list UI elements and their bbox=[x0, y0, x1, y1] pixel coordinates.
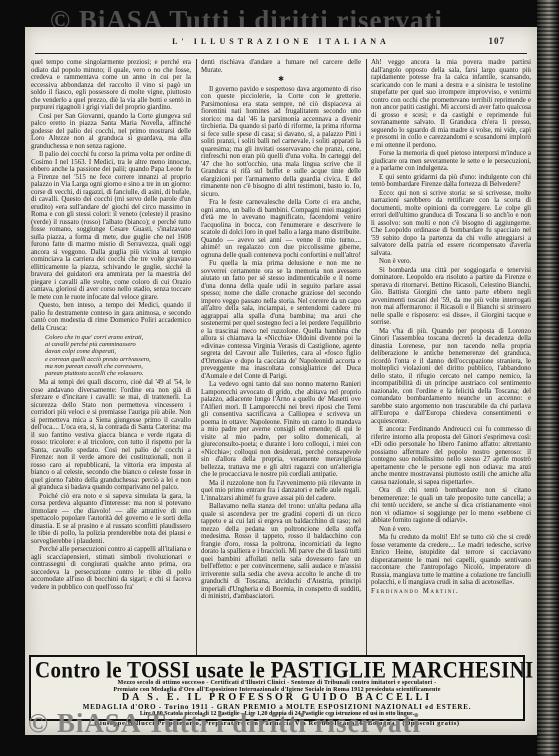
article-column-1: quel tempo come singolarmente preziosi; … bbox=[31, 59, 191, 657]
paragraph: Così per San Giovanni, quando la Corte g… bbox=[31, 113, 191, 151]
paragraph: Non è vero. bbox=[371, 526, 531, 534]
paragraph: Il palio dei cocchi fu corso la prima vo… bbox=[31, 151, 191, 301]
advertisement-pastiglie-marchesini: Contro le TOSSI usate le PASTIGLIE MARCH… bbox=[29, 655, 525, 721]
paragraph: Si bombarda una città per soggiogarla e … bbox=[371, 267, 531, 327]
paragraph: Ecco: qui non si scrive storia: se si sc… bbox=[371, 190, 531, 258]
paragraph: Non è vero. bbox=[371, 258, 531, 266]
article-column-3: Ah! veggo ancora la mia povera madre par… bbox=[371, 59, 531, 657]
paragraph: denti rischiava d'andare a fumare nel ca… bbox=[201, 59, 361, 74]
paragraph: Forse la memoria di quel pietoso interpo… bbox=[371, 150, 531, 173]
paragraph: Fu quella la mia prima delusione e non m… bbox=[201, 260, 361, 380]
magazine-page: L' ILLUSTRAZIONE ITALIANA 107 quel tempo… bbox=[25, 27, 537, 735]
paragraph: Ma ai tempi dei quali discorro, cioè dal… bbox=[31, 379, 191, 492]
paragraph: Questo, ben inteso, a tempo dei Medici, … bbox=[31, 302, 191, 332]
article-column-2: denti rischiava d'andare a fumare nel ca… bbox=[201, 59, 361, 657]
author-signature: Ferdinando Martini. bbox=[371, 588, 531, 596]
header-rule bbox=[35, 53, 527, 54]
book-edge-texture bbox=[537, 0, 559, 756]
article-body: quel tempo come singolarmente preziosi; … bbox=[31, 59, 531, 657]
paragraph: Poiché ciò era noto e si sapeva simulata… bbox=[31, 493, 191, 546]
verse-quotation: Coloro che in que' corri erano entrati, … bbox=[45, 334, 191, 377]
paragraph: Il governo pavido e sospettoso dava argo… bbox=[201, 86, 361, 199]
paragraph: E qui sento gridarmi da più d'uno: indul… bbox=[371, 174, 531, 189]
paragraph: quel tempo come singolarmente preziosi; … bbox=[31, 59, 191, 112]
masthead-title: L' ILLUSTRAZIONE ITALIANA bbox=[25, 37, 537, 46]
ad-maker-line: Giuseppe Bellucci Proprietario, Preparat… bbox=[35, 719, 519, 728]
paragraph: Ah! veggo ancora la mia povera madre par… bbox=[371, 59, 531, 149]
paragraph: Fra le feste carnevalesche della Corte c… bbox=[201, 199, 361, 259]
paragraph: Ma fu creduto da molti! Eh! se tutto ciò… bbox=[371, 534, 531, 587]
paragraph: Ballavamo nella stanza del trono: un'alt… bbox=[201, 503, 361, 601]
paragraph: La vedevo ogni tanto dal suo nonno mater… bbox=[201, 381, 361, 479]
paragraph: Ma il ruzzolone non fu l'avvenimento più… bbox=[201, 480, 361, 503]
scanned-magazine-page: { "watermark": { "text": "© BiASA Tutti … bbox=[0, 0, 559, 756]
paragraph: Ma v'ha di più. Quando per proposta di L… bbox=[371, 328, 531, 426]
ad-headline: Contro le TOSSI usate le PASTIGLIE MARCH… bbox=[35, 658, 519, 682]
paragraph: E ancora: Ferdinando Andreucci cui fu co… bbox=[371, 426, 531, 486]
section-separator-star: ✱ bbox=[201, 76, 361, 84]
ad-medal-line: MEDAGLIA d'ORO - Torino 1911 - GRAN PREM… bbox=[35, 704, 519, 712]
ad-price-line: Lire 0,80 Scatola piccola di 12 Pastigli… bbox=[35, 711, 519, 718]
paragraph: Perché alle persecuzioni contro ai cappe… bbox=[31, 546, 191, 591]
page-number: 107 bbox=[489, 36, 506, 46]
paragraph: Ora di chi tentò bombardare non si citan… bbox=[371, 487, 531, 525]
